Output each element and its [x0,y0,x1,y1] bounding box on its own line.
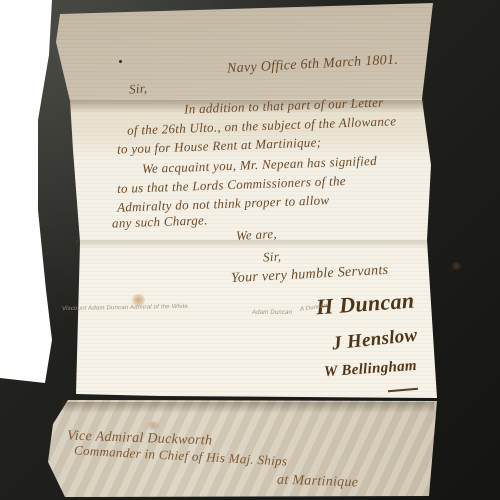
address-line: at Martinique [277,474,359,491]
closing-line: We are, [236,227,277,242]
closing-line: Sir, [263,250,282,264]
letter-salutation: Sir, [129,81,148,95]
photograph-background: Navy Office 6th March 1801. Sir, In addi… [0,0,500,500]
body-line: any such Charge. [112,213,208,229]
paper-stain [452,262,461,270]
pencil-annotation: Adam Duncan [252,310,292,316]
